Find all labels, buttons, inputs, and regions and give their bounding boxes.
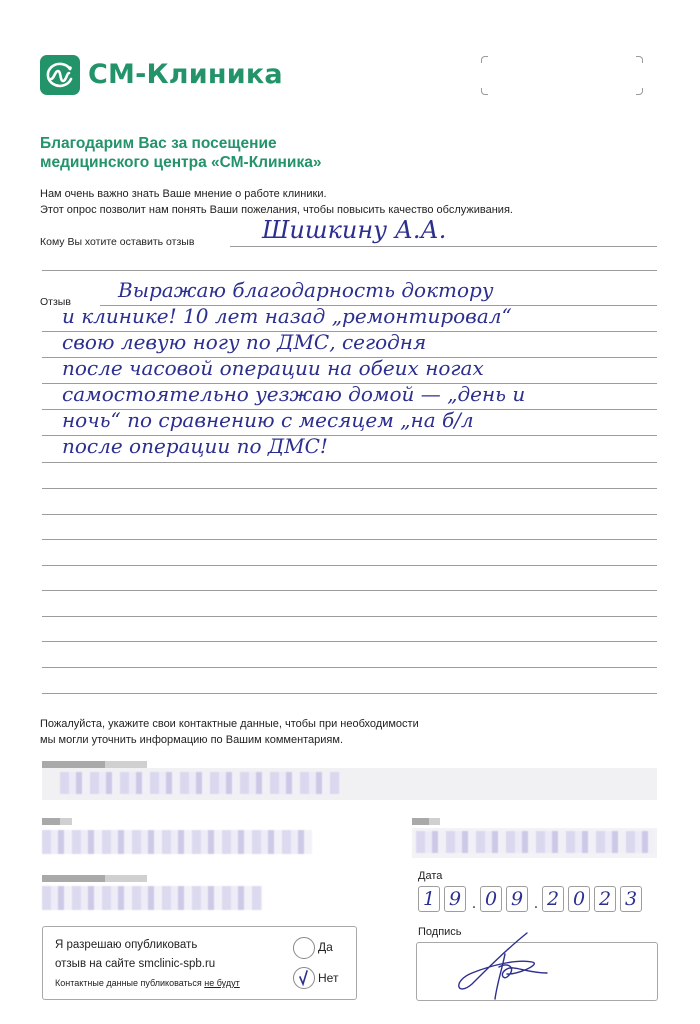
date-digit: 9 (444, 886, 466, 912)
review-text-line: после операции по ДМС! (62, 433, 328, 459)
redacted-value (416, 831, 654, 853)
ruled-line (42, 616, 657, 617)
fio-field[interactable] (42, 768, 657, 800)
date-digit: 2 (542, 886, 564, 912)
qr-frame-corner (481, 88, 488, 95)
ruled-line (42, 539, 657, 540)
ruled-line (42, 488, 657, 489)
page-title: Благодарим Вас за посещение медицинского… (40, 134, 321, 172)
ruled-line (42, 514, 657, 515)
qr-frame-corner (481, 56, 488, 63)
email-label-redacted (412, 818, 440, 825)
qr-frame-corner (636, 88, 643, 95)
date-digit: 9 (506, 886, 528, 912)
date-separator: . (532, 896, 540, 912)
review-text-line: Выражаю благодарность доктору (118, 277, 493, 303)
heartbeat-circle-icon (40, 55, 80, 95)
ruled-line (42, 270, 657, 271)
review-text-line: ночь“ по сравнению с месяцем „на б/л (62, 407, 474, 433)
recipient-field[interactable]: Шишкину А.А. (262, 216, 446, 244)
email-field[interactable] (412, 828, 657, 858)
fio-label-redacted (42, 761, 147, 768)
redacted-value (60, 772, 340, 794)
intro-text: Нам очень важно знать Ваше мнение о рабо… (40, 186, 513, 218)
date-digit: 2 (594, 886, 616, 912)
brand-logo-icon (40, 55, 80, 95)
ruled-line (42, 693, 657, 694)
radio-no-label: Нет (318, 971, 338, 985)
date-digit: 0 (480, 886, 502, 912)
date-digit: 1 (418, 886, 440, 912)
review-text-line: самостоятельно уезжаю домой — „день и (62, 381, 525, 407)
birthdate-field[interactable] (42, 884, 262, 914)
signature-field[interactable] (416, 942, 658, 1001)
date-digit: 0 (568, 886, 590, 912)
publish-consent-box: Я разрешаю опубликовать отзыв на сайте s… (42, 926, 357, 1000)
checkmark-icon (294, 968, 314, 988)
review-text-line: после часовой операции на обеих ногах (62, 355, 484, 381)
redacted-value (42, 830, 312, 854)
signature-scribble (447, 929, 557, 1009)
ruled-line (42, 462, 657, 463)
contacts-hint: Пожалуйста, укажите свои контактные данн… (40, 716, 419, 748)
date-field[interactable]: 1 9 . 0 9 . 2 0 2 3 (418, 886, 646, 912)
radio-yes[interactable] (293, 937, 315, 959)
ruled-line (42, 565, 657, 566)
radio-no[interactable] (293, 967, 315, 989)
consent-line: отзыв на сайте smclinic-spb.ru (55, 958, 215, 970)
date-separator: . (470, 896, 478, 912)
ruled-line (42, 590, 657, 591)
birthdate-label-redacted (42, 875, 147, 882)
consent-note: Контактные данные публиковаться не будут (55, 978, 240, 988)
date-digit: 3 (620, 886, 642, 912)
recipient-line (230, 246, 657, 247)
brand-name: СМ-Клиника (88, 56, 283, 94)
phone-field[interactable] (42, 828, 312, 858)
recipient-label: Кому Вы хотите оставить отзыв (40, 236, 194, 248)
phone-label-redacted (42, 818, 72, 825)
qr-frame-corner (636, 56, 643, 63)
review-text-line: свою левую ногу по ДМС, сегодня (62, 329, 426, 355)
review-text-line: и клинике! 10 лет назад „ремонтировал“ (62, 303, 512, 329)
ruled-line (42, 641, 657, 642)
consent-line: Я разрешаю опубликовать (55, 939, 197, 951)
radio-yes-label: Да (318, 940, 333, 954)
date-label: Дата (418, 870, 442, 882)
ruled-line (42, 667, 657, 668)
redacted-value (42, 886, 262, 910)
